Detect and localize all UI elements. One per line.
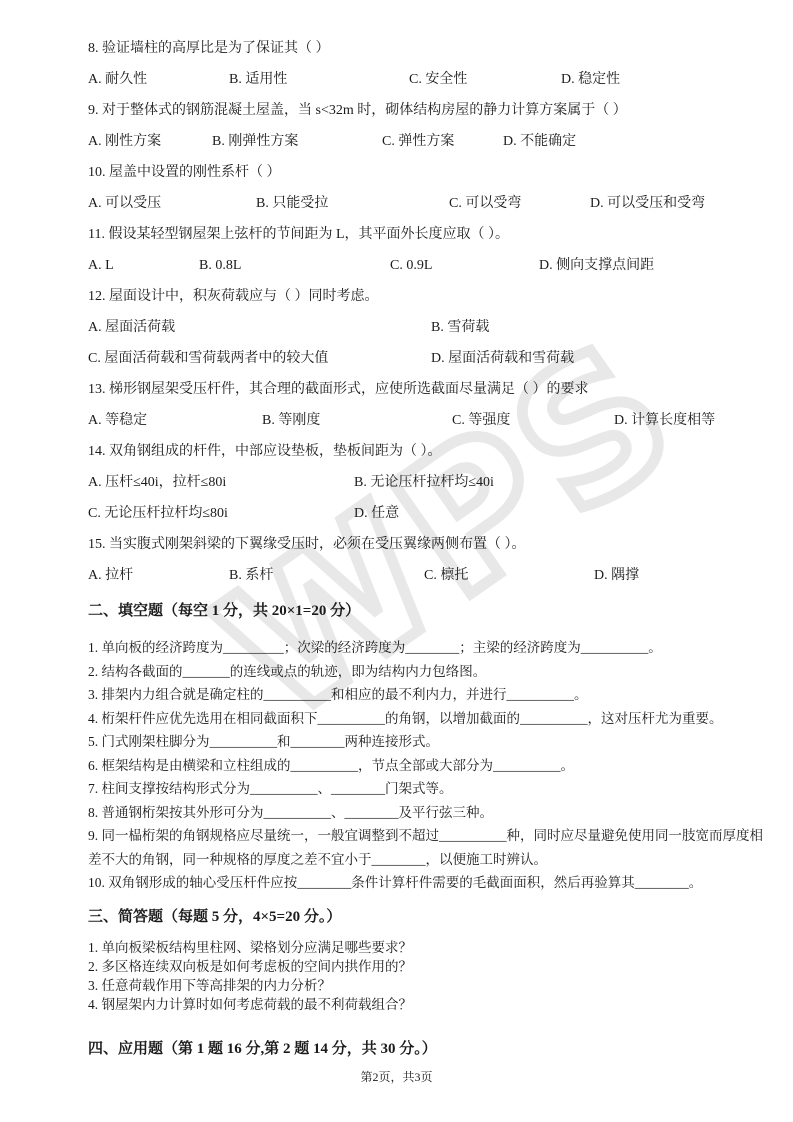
q11-stem: 11. 假设某轻型钢屋架上弦杆的节间距为 L，其平面外长度应取（ ）。 (88, 219, 764, 250)
q13-option-c: C. 等强度 (452, 405, 510, 436)
page-number-footer: 第2页，共3页 (0, 1068, 793, 1085)
q10-option-d: D. 可以受压和受弯 (590, 188, 705, 219)
q11-option-d: D. 侧向支撑点间距 (539, 250, 654, 281)
q9-option-d: D. 不能确定 (503, 126, 576, 157)
q12-option-d: D. 屋面活荷载和雪荷载 (431, 343, 574, 374)
q8-option-a: A. 耐久性 (88, 64, 147, 95)
q10-option-b: B. 只能受拉 (256, 188, 328, 219)
q12-stem: 12. 屋面设计中，积灰荷载应与（ ）同时考虑。 (88, 281, 764, 312)
fill-item-9: 9. 同一榀桁架的角钢规格应尽量统一，一般宜调整到不超过__________种，… (88, 824, 764, 871)
q13-option-a: A. 等稳定 (88, 405, 147, 436)
fill-section-header: 二、填空题（每空 1 分，共 20×1=20 分） (88, 596, 764, 627)
q10-options: A. 可以受压 B. 只能受拉 C. 可以受弯 D. 可以受压和受弯 (88, 188, 764, 219)
q13-stem: 13. 梯形钢屋架受压杆件，其合理的截面形式，应使所选截面尽量满足（ ）的要求 (88, 374, 764, 405)
q15-option-c: C. 檩托 (424, 560, 468, 591)
q14-option-b: B. 无论压杆拉杆均≤40i (354, 467, 494, 498)
fill-item-10: 10. 双角钢形成的轴心受压杆件应按________条件计算杆件需要的毛截面面积… (88, 871, 764, 895)
q12-option-c: C. 屋面活荷载和雪荷载两者中的较大值 (88, 343, 328, 374)
q8-option-c: C. 安全性 (409, 64, 467, 95)
q9-option-a: A. 刚性方案 (88, 126, 161, 157)
short-answer-section-header: 三、简答题（每题 5 分，4×5=20 分。） (88, 902, 764, 933)
q11-option-c: C. 0.9L (390, 250, 432, 281)
q8-stem: 8. 验证墙柱的高厚比是为了保证其（ ） (88, 33, 764, 64)
q15-options: A. 拉杆 B. 系杆 C. 檩托 D. 隅撑 (88, 560, 764, 591)
q9-option-c: C. 弹性方案 (382, 126, 454, 157)
q9-stem: 9. 对于整体式的钢筋混凝土屋盖，当 s<32m 时，砌体结构房屋的静力计算方案… (88, 95, 764, 126)
fill-item-3: 3. 排架内力组合就是确定柱的__________和相应的最不利内力，并进行__… (88, 683, 764, 707)
q10-option-c: C. 可以受弯 (449, 188, 521, 219)
q15-option-b: B. 系杆 (229, 560, 273, 591)
q14-option-a: A. 压杆≤40i，拉杆≤80i (88, 467, 226, 498)
fill-item-6: 6. 框架结构是由横梁和立柱组成的__________，节点全部或大部分为___… (88, 754, 764, 778)
application-section-header: 四、应用题（第 1 题 16 分,第 2 题 14 分，共 30 分。） (88, 1034, 764, 1065)
q9-option-b: B. 刚弹性方案 (212, 126, 298, 157)
q8-option-d: D. 稳定性 (561, 64, 620, 95)
q12-option-a: A. 屋面活荷载 (88, 312, 175, 343)
short-answer-3: 3. 任意荷载作用下等高排架的内力分析？ (88, 976, 764, 995)
q12-option-b: B. 雪荷载 (431, 312, 489, 343)
q13-options: A. 等稳定 B. 等刚度 C. 等强度 D. 计算长度相等 (88, 405, 764, 436)
q10-stem: 10. 屋盖中设置的刚性系杆（ ） (88, 157, 764, 188)
fill-item-list: 1. 单向板的经济跨度为_________；次梁的经济跨度为________；主… (88, 636, 764, 895)
fill-item-5: 5. 门式刚架柱脚分为__________和________两种连接形式。 (88, 730, 764, 754)
q14-options-row1: A. 压杆≤40i，拉杆≤80i B. 无论压杆拉杆均≤40i (88, 467, 764, 498)
short-answer-2: 2. 多区格连续双向板是如何考虑板的空间内拱作用的？ (88, 957, 764, 976)
exam-content: 8. 验证墙柱的高厚比是为了保证其（ ） A. 耐久性 B. 适用性 C. 安全… (0, 0, 764, 1065)
q14-stem: 14. 双角钢组成的杆件，中部应设垫板，垫板间距为（ ）。 (88, 436, 764, 467)
q14-option-c: C. 无论压杆拉杆均≤80i (88, 498, 228, 529)
short-answer-list: 1. 单向板梁板结构里柱网、梁格划分应满足哪些要求？ 2. 多区格连续双向板是如… (88, 938, 764, 1014)
exam-page: WPS 8. 验证墙柱的高厚比是为了保证其（ ） A. 耐久性 B. 适用性 C… (0, 0, 793, 1122)
q10-option-a: A. 可以受压 (88, 188, 161, 219)
fill-item-7: 7. 柱间支撑按结构形式分为__________、________门架式等。 (88, 777, 764, 801)
short-answer-1: 1. 单向板梁板结构里柱网、梁格划分应满足哪些要求？ (88, 938, 764, 957)
q13-option-b: B. 等刚度 (262, 405, 320, 436)
q14-option-d: D. 任意 (354, 498, 399, 529)
fill-item-8: 8. 普通钢桁架按其外形可分为__________、________及平行弦三种… (88, 801, 764, 825)
short-answer-4: 4. 钢屋架内力计算时如何考虑荷载的最不利荷载组合？ (88, 995, 764, 1014)
q11-option-b: B. 0.8L (199, 250, 241, 281)
q12-options-row2: C. 屋面活荷载和雪荷载两者中的较大值 D. 屋面活荷载和雪荷载 (88, 343, 764, 374)
fill-item-2: 2. 结构各截面的_______的连线或点的轨迹，即为结构内力包络图。 (88, 660, 764, 684)
fill-item-4: 4. 桁架杆件应优先选用在相同截面积下__________的角钢，以增加截面的_… (88, 707, 764, 731)
q11-option-a: A. L (88, 250, 114, 281)
q14-options-row2: C. 无论压杆拉杆均≤80i D. 任意 (88, 498, 764, 529)
q8-option-b: B. 适用性 (229, 64, 287, 95)
q9-options: A. 刚性方案 B. 刚弹性方案 C. 弹性方案 D. 不能确定 (88, 126, 764, 157)
q13-option-d: D. 计算长度相等 (614, 405, 715, 436)
q8-options: A. 耐久性 B. 适用性 C. 安全性 D. 稳定性 (88, 64, 764, 95)
q11-options: A. L B. 0.8L C. 0.9L D. 侧向支撑点间距 (88, 250, 764, 281)
q15-stem: 15. 当实腹式刚架斜梁的下翼缘受压时，必须在受压翼缘两侧布置（ ）。 (88, 529, 764, 560)
q15-option-d: D. 隅撑 (594, 560, 639, 591)
q12-options-row1: A. 屋面活荷载 B. 雪荷载 (88, 312, 764, 343)
fill-item-1: 1. 单向板的经济跨度为_________；次梁的经济跨度为________；主… (88, 636, 764, 660)
q15-option-a: A. 拉杆 (88, 560, 133, 591)
